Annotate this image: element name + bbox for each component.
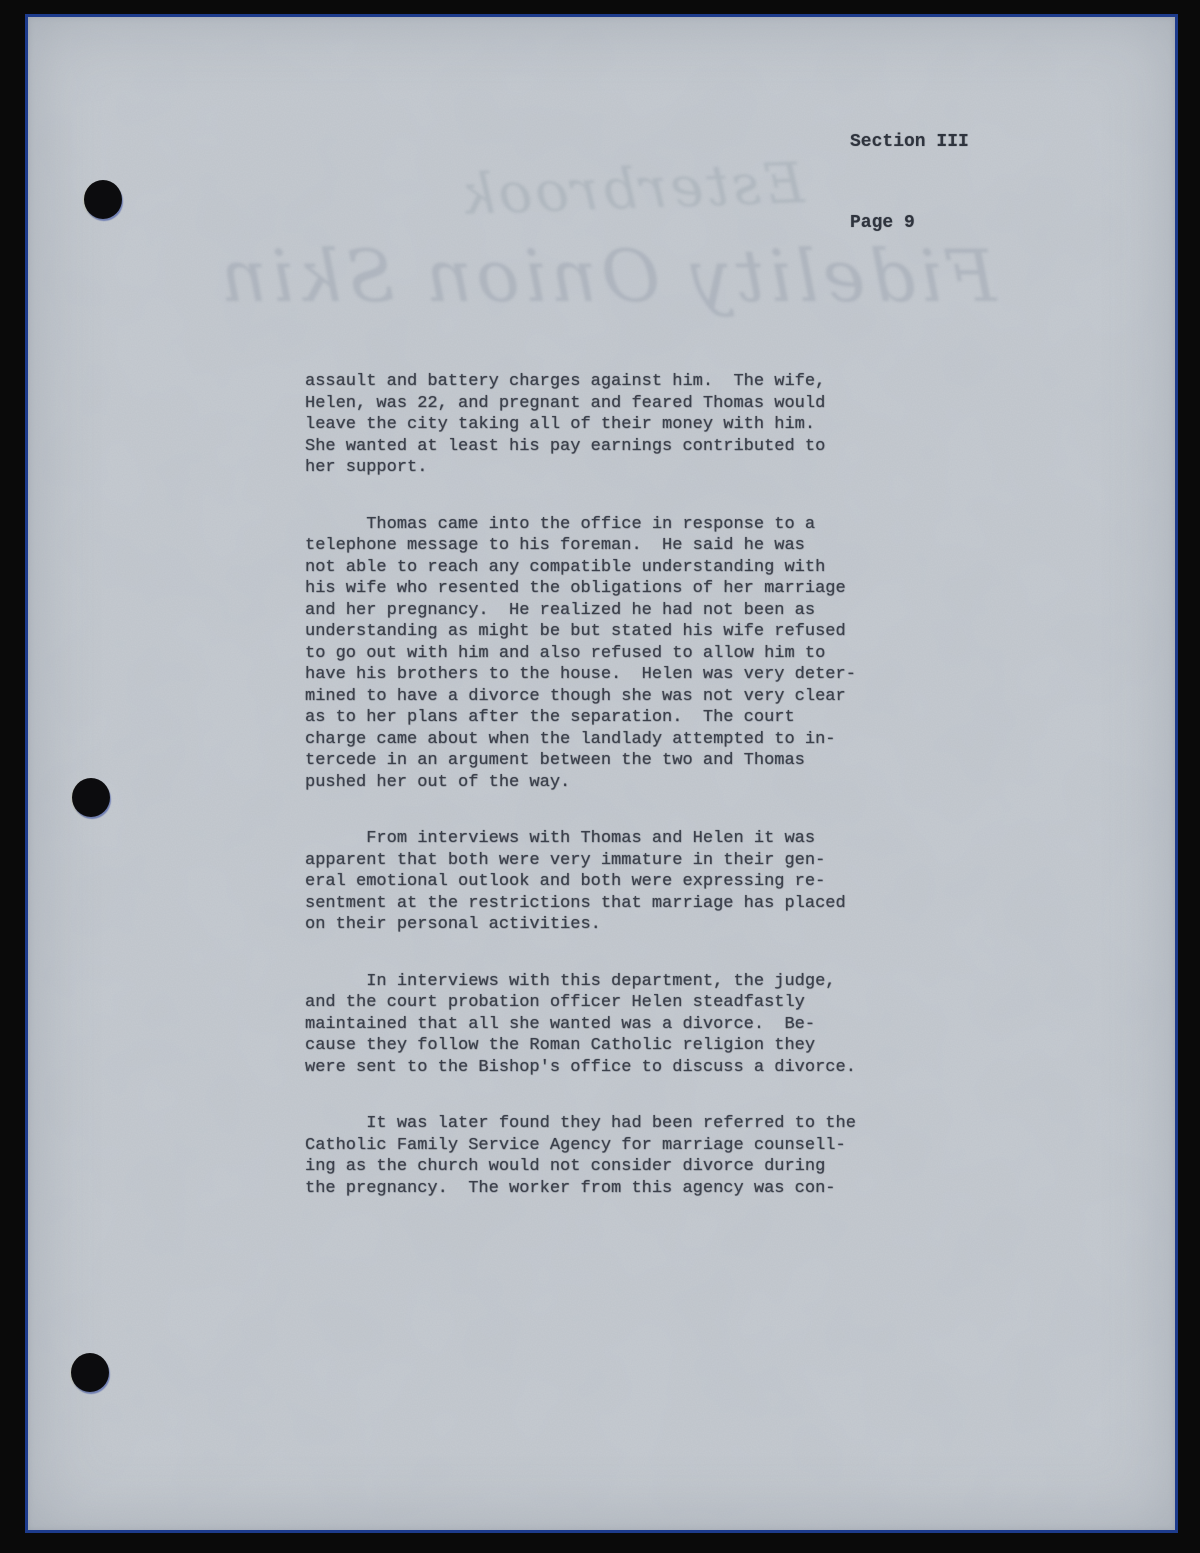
document-body: assault and battery charges against him.… [305,371,965,1234]
punch-hole-top [84,180,122,219]
punch-hole-bottom [71,1353,109,1392]
watermark-script-line: Esterbrook [87,138,1176,241]
watermark-brand-line: Fidelity Onion Skin [38,234,1175,318]
paragraph-2: Thomas came into the office in response … [305,514,965,794]
paragraph-1: assault and battery charges against him.… [305,371,965,479]
section-label: Section III [850,129,969,156]
punch-hole-middle [72,778,110,817]
paragraph-3: From interviews with Thomas and Helen it… [305,828,965,936]
document-page: Esterbrook Fidelity Onion Skin Section I… [25,14,1178,1533]
watermark: Esterbrook Fidelity Onion Skin [28,157,1175,318]
scan-background: Esterbrook Fidelity Onion Skin Section I… [0,0,1200,1553]
page-number: Page 9 [850,210,969,237]
page-header: Section III Page 9 [850,75,969,291]
paragraph-4: In interviews with this department, the … [305,971,965,1079]
paragraph-5: It was later found they had been referre… [305,1113,965,1199]
